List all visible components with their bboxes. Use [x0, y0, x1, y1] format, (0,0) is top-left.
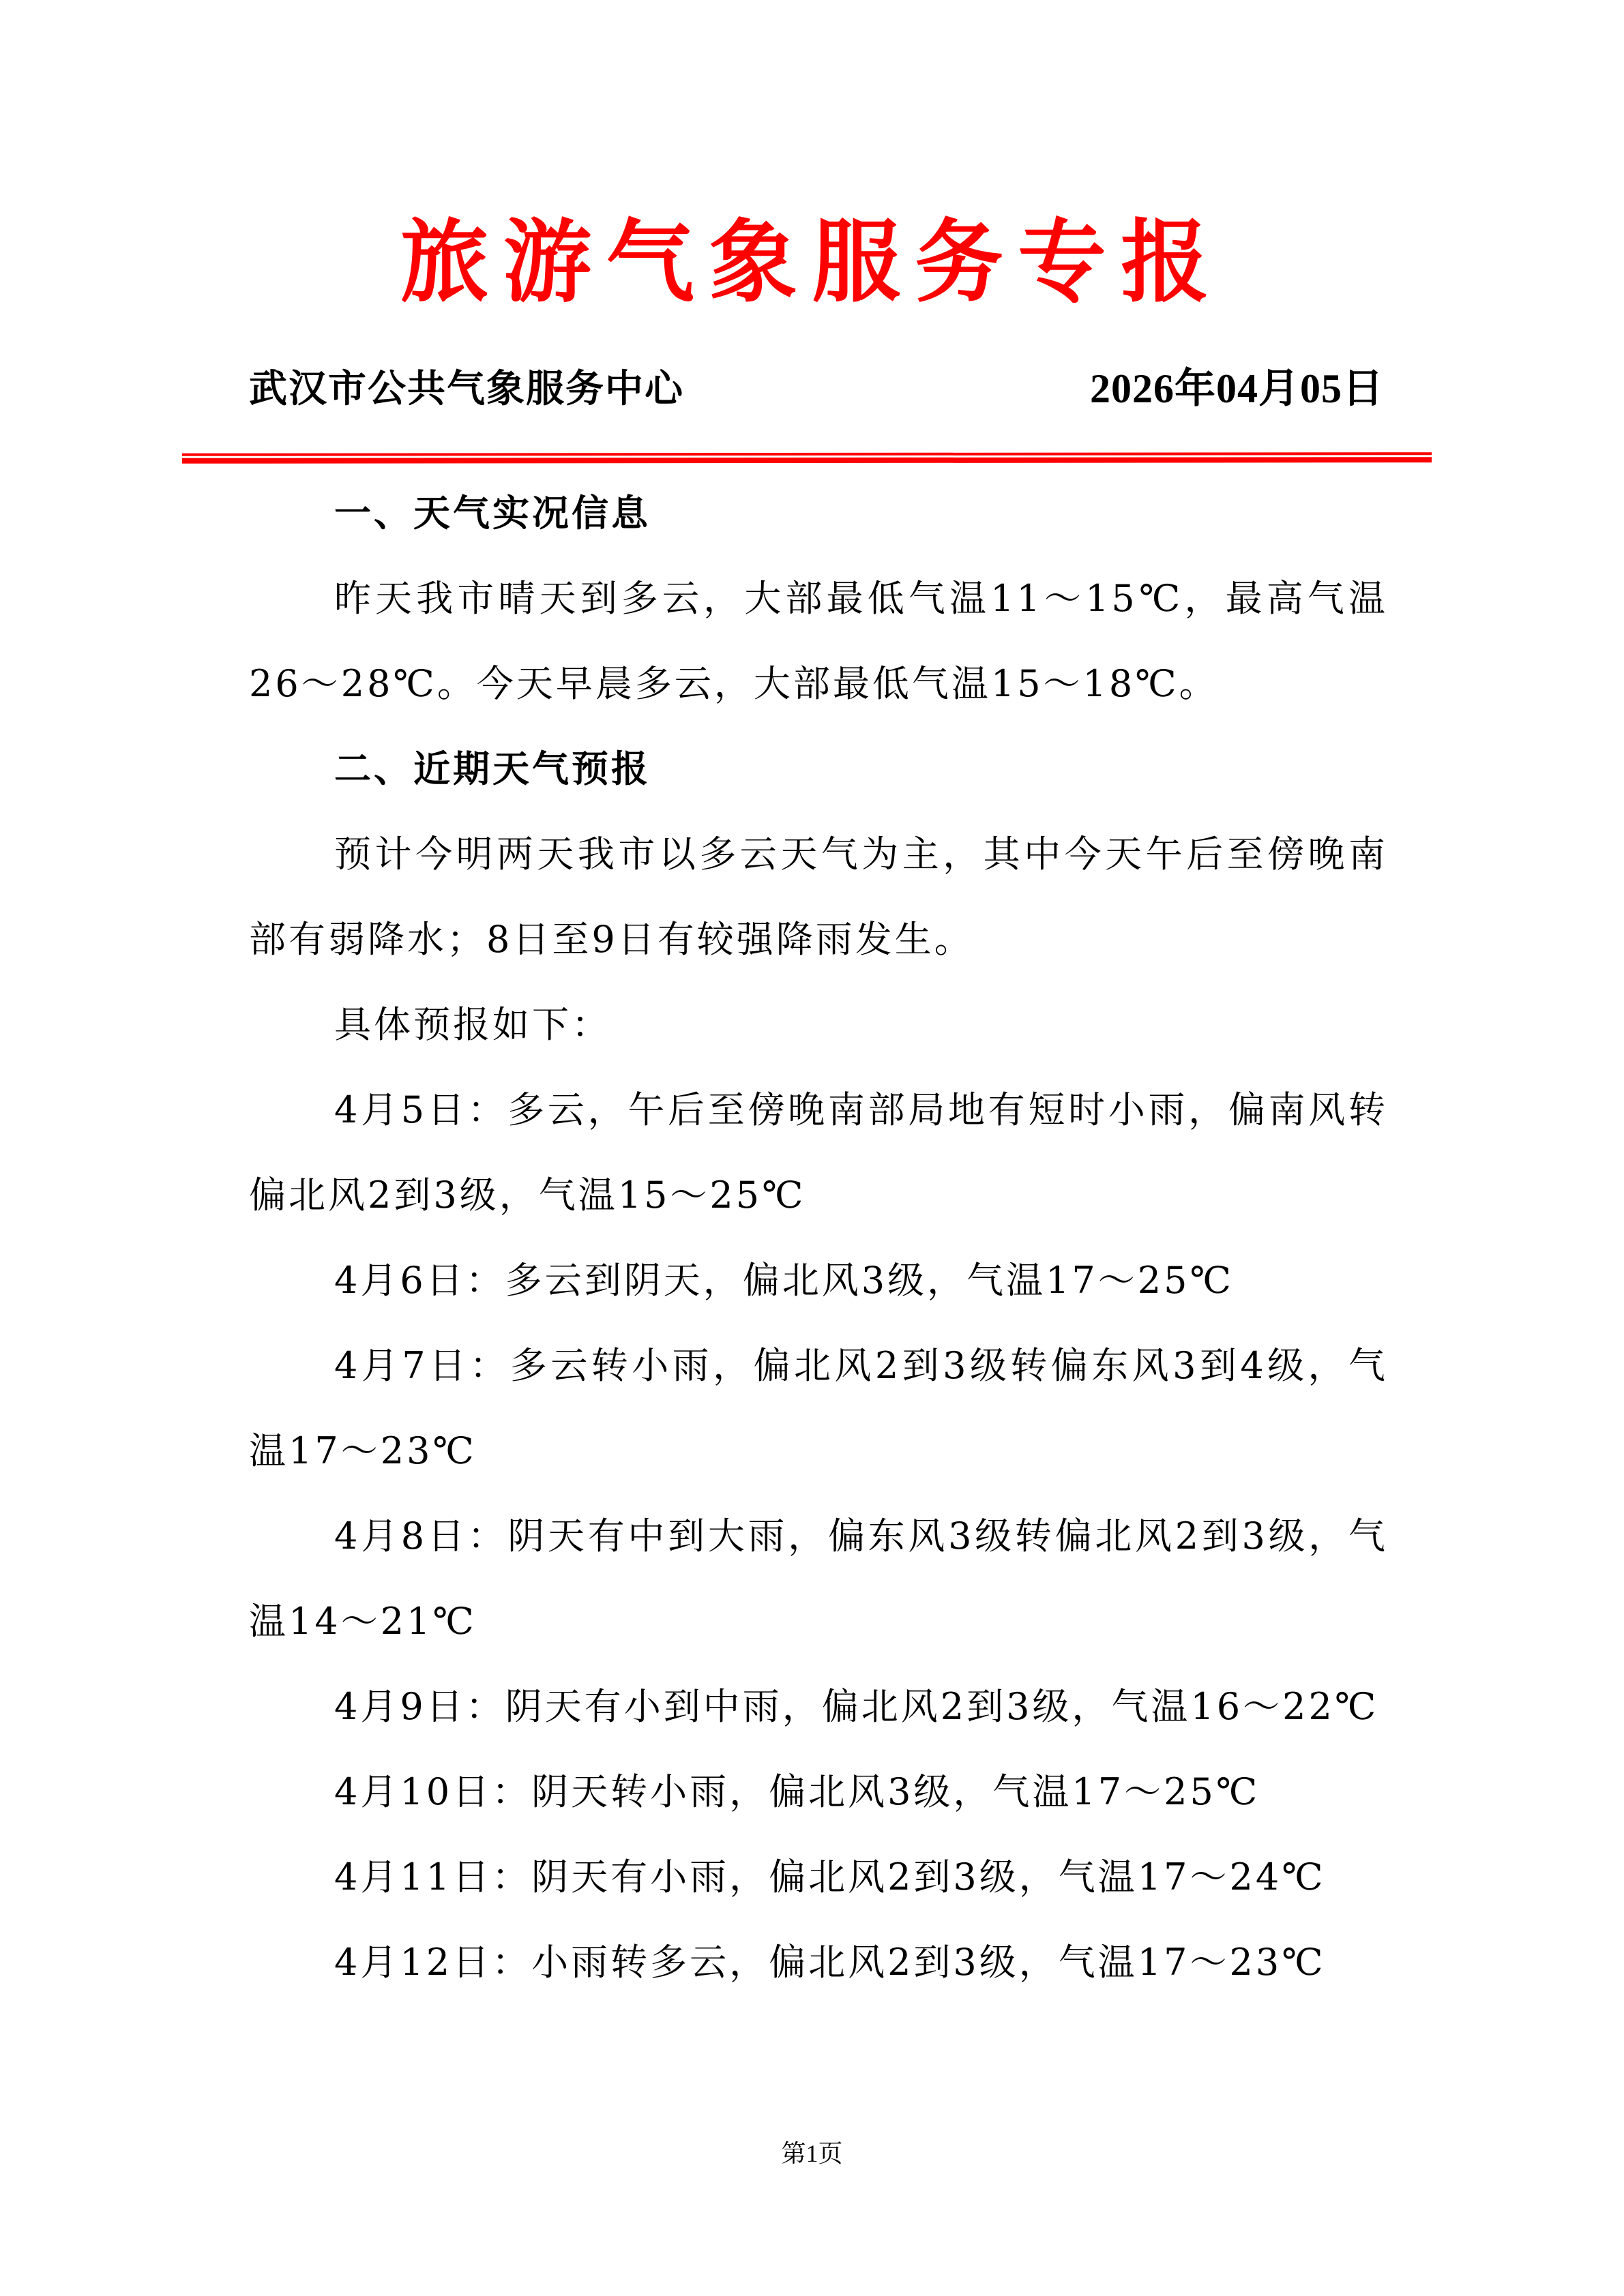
- forecast-summary-paragraph: 预计今明两天我市以多云天气为主，其中今天午后至傍晚南部有弱降水；8日至9日有较强…: [249, 811, 1388, 982]
- forecast-day-item: 4月9日：阴天有小到中雨，偏北风2到3级，气温16～22℃: [249, 1664, 1388, 1749]
- observations-paragraph: 昨天我市晴天到多云，大部最低气温11～15℃，最高气温26～28℃。今天早晨多云…: [249, 556, 1388, 726]
- forecast-day-item: 4月5日：多云，午后至傍晚南部局地有短时小雨，偏南风转偏北风2到3级，气温15～…: [249, 1067, 1388, 1238]
- document-page: 旅游气象服务专报 武汉市公共气象服务中心 2026年04月05日 一、天气实况信…: [0, 0, 1624, 2296]
- issuing-organization: 武汉市公共气象服务中心: [249, 361, 684, 416]
- forecast-intro-label: 具体预报如下：: [249, 982, 1388, 1067]
- document-body: 一、天气实况信息 昨天我市晴天到多云，大部最低气温11～15℃，最高气温26～2…: [249, 471, 1388, 2005]
- forecast-day-item: 4月8日：阴天有中到大雨，偏东风3级转偏北风2到3级，气温14～21℃: [249, 1493, 1388, 1664]
- header-rule-thin: [182, 452, 1432, 456]
- forecast-day-item: 4月11日：阴天有小雨，偏北风2到3级，气温17～24℃: [249, 1834, 1388, 1920]
- header-rule-thick: [182, 457, 1432, 464]
- section-heading-forecast: 二、近期天气预报: [249, 726, 1388, 811]
- section-heading-observations: 一、天气实况信息: [249, 471, 1388, 556]
- forecast-day-item: 4月12日：小雨转多云，偏北风2到3级，气温17～23℃: [249, 1920, 1388, 2005]
- forecast-day-item: 4月10日：阴天转小雨，偏北风3级，气温17～25℃: [249, 1749, 1388, 1834]
- page-number: 第1页: [0, 2134, 1624, 2169]
- document-title: 旅游气象服务专报: [16, 205, 1608, 320]
- forecast-day-item: 4月7日：多云转小雨，偏北风2到3级转偏东风3到4级，气温17～23℃: [249, 1323, 1388, 1493]
- issue-date: 2026年04月05日: [1090, 361, 1384, 416]
- forecast-day-item: 4月6日：多云到阴天，偏北风3级，气温17～25℃: [249, 1238, 1388, 1323]
